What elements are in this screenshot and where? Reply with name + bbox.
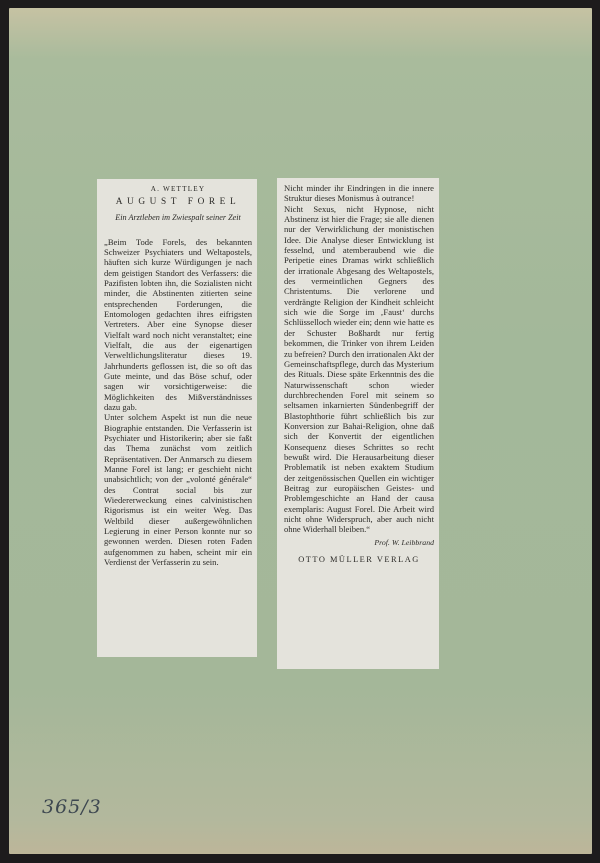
paragraph: Unter solchem Aspekt ist nun die neue Bi… bbox=[104, 412, 252, 567]
publisher-name: OTTO MÜLLER VERLAG bbox=[284, 554, 434, 565]
author-name: A. WETTLEY bbox=[104, 184, 252, 194]
paragraph: „Beim Tode Forels, des bekannten Schweiz… bbox=[104, 237, 252, 413]
review-body-right: Nicht minder ihr Eindringen in die inner… bbox=[284, 183, 434, 535]
paragraph: Nicht minder ihr Eindringen in die inner… bbox=[284, 183, 434, 204]
book-title: AUGUST FOREL bbox=[104, 195, 252, 209]
review-body-left: „Beim Tode Forels, des bekannten Schweiz… bbox=[104, 237, 252, 568]
book-subtitle: Ein Arztleben im Zwiespalt seiner Zeit bbox=[104, 213, 252, 224]
reviewer-signature: Prof. W. Leibbrand bbox=[284, 538, 434, 548]
handwritten-archive-number: 365/3 bbox=[42, 796, 102, 818]
paragraph: Nicht Sexus, nicht Hypnose, nicht Abstin… bbox=[284, 204, 434, 535]
clipping-left: A. WETTLEY AUGUST FOREL Ein Arztleben im… bbox=[97, 179, 257, 657]
clipping-right: Nicht minder ihr Eindringen in die inner… bbox=[277, 178, 439, 669]
